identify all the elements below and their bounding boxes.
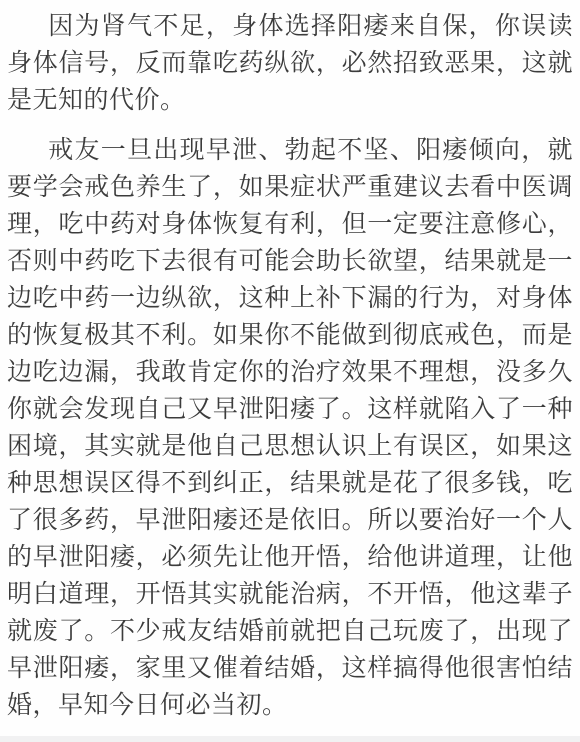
article-page: 因为肾气不足，身体选择阳痿来自保，你误读身体信号，反而靠吃药纵欲，必然招致恶果，… bbox=[0, 0, 580, 742]
paragraph: 戒友一旦出现早泄、勃起不坚、阳痿倾向，就要学会戒色养生了，如果症状严重建议去看中… bbox=[7, 132, 573, 724]
article-body: 因为肾气不足，身体选择阳痿来自保，你误读身体信号，反而靠吃药纵欲，必然招致恶果，… bbox=[7, 8, 573, 724]
bottom-edge-shade bbox=[0, 736, 580, 742]
paragraph: 因为肾气不足，身体选择阳痿来自保，你误读身体信号，反而靠吃药纵欲，必然招致恶果，… bbox=[7, 8, 573, 119]
